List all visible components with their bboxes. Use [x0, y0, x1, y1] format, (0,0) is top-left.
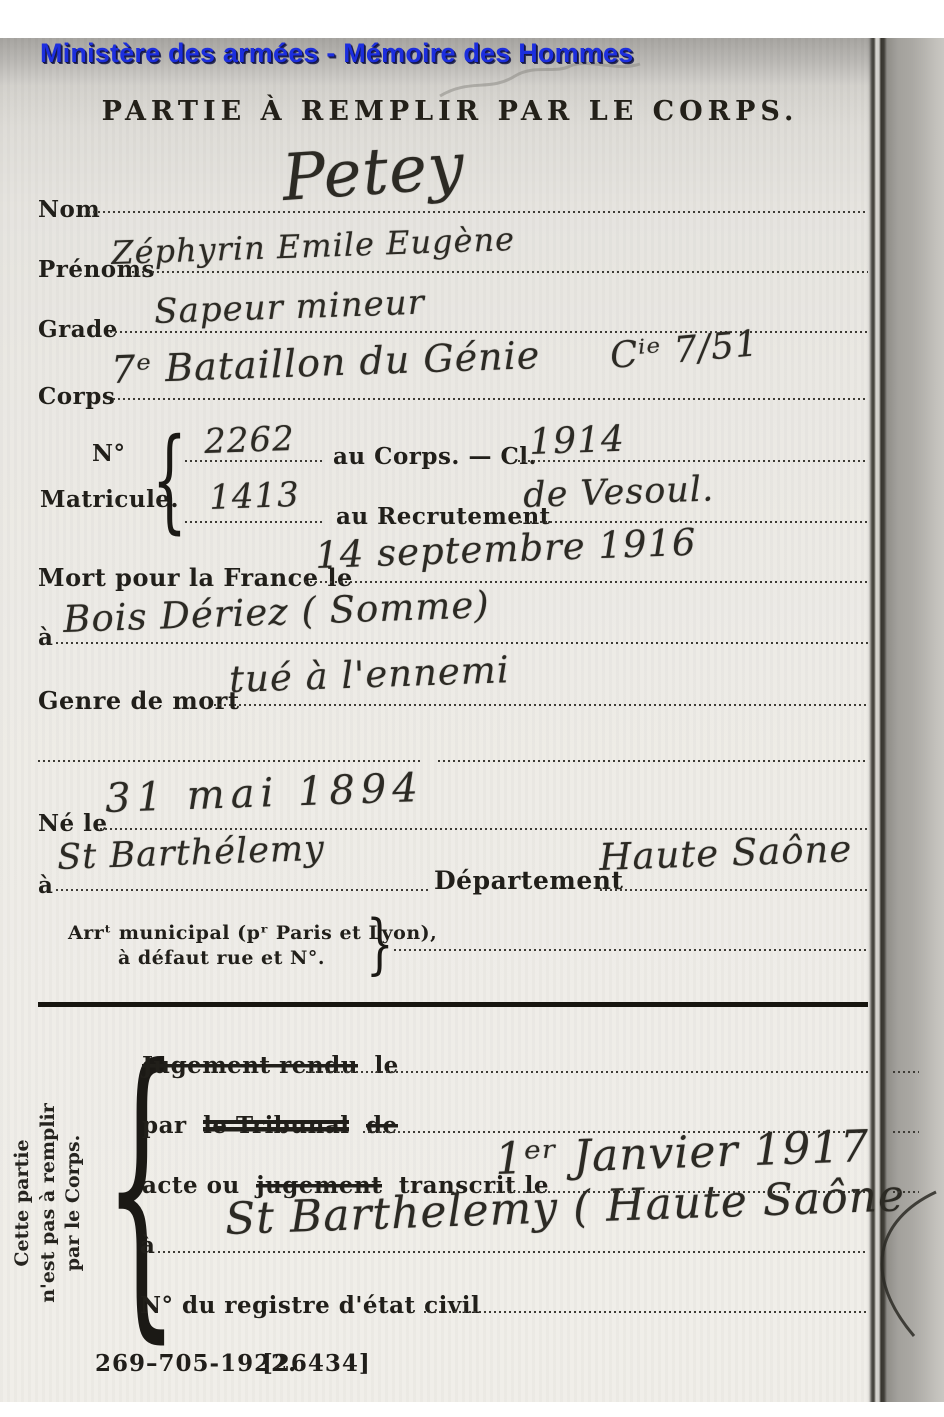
genre-mort-line [214, 703, 868, 706]
ne-lieu-label: à [38, 872, 53, 899]
record-viewer-page: Ministère des armées - Mémoire des Homme… [0, 0, 944, 1417]
matricule-recrutement-line-short [185, 520, 325, 523]
prenoms-line [132, 270, 868, 273]
departement-label: Département [434, 866, 623, 895]
grade-label: Grade [38, 316, 118, 343]
nom-value: Petey [280, 129, 468, 216]
ne-le-line [100, 827, 868, 830]
jugement-line [306, 1070, 868, 1073]
registre-line [424, 1310, 868, 1313]
transcrit-lieu-line [158, 1250, 868, 1253]
ne-lieu-line [56, 888, 428, 891]
jugement-label: Jugement rendu le [142, 1052, 407, 1079]
blank-line-left [38, 759, 420, 762]
corps-line [108, 397, 868, 400]
mort-le-label: Mort pour la France le [38, 563, 353, 592]
jugement-label-post: le [374, 1052, 398, 1079]
arrondissement-brace: } [366, 912, 394, 977]
matricule-classe-value: 1914 [529, 419, 626, 463]
mort-le-line [305, 580, 868, 583]
matricule-label-no: N° [92, 440, 126, 467]
mort-lieu-label: à [38, 624, 53, 651]
arrondissement-label-2: à défaut rue et N°. [118, 947, 325, 969]
nom-line [88, 210, 868, 213]
matricule-corps-number: 2262 [204, 419, 296, 462]
matricule-brace: { [152, 424, 187, 536]
matricule-recrutement-number: 1413 [209, 475, 301, 518]
corps-label: Corps [38, 383, 115, 410]
side-note-line-2: n'est pas à remplir [36, 1053, 62, 1353]
tribunal-label: par le Tribunal de [142, 1112, 406, 1139]
tribunal-label-post: de [366, 1112, 398, 1139]
tribunal-label-pre: par [142, 1112, 187, 1139]
genre-mort-label: Genre de mort [38, 686, 240, 715]
edge-dots-fragment [893, 1070, 919, 1073]
mort-lieu-line [56, 641, 868, 644]
tribunal-label-struck: le Tribunal [203, 1112, 349, 1139]
edge-dots-fragment [893, 1130, 919, 1133]
matricule-recrutement-value: de Vesoul. [523, 469, 715, 516]
viewer-title: Ministère des armées - Mémoire des Homme… [40, 38, 633, 69]
matricule-au-corps-label: au Corps. — Cl. [333, 443, 537, 470]
handwritten-paren-stroke [848, 1190, 944, 1340]
side-note: Cette partie n'est pas à remplir par le … [10, 1053, 106, 1353]
blank-line-right [438, 759, 868, 762]
edge-dots-fragment [893, 1190, 919, 1193]
side-note-line-1: Cette partie [10, 1053, 36, 1353]
departement-value: Haute Saône [598, 827, 852, 879]
form-title: PARTIE À REMPLIR PAR LE CORPS. [0, 96, 900, 127]
arrondissement-line [394, 948, 868, 951]
ne-le-label: Né le [38, 810, 108, 837]
jugement-label-struck: Jugement rendu [142, 1052, 358, 1079]
side-note-line-3: par le Corps. [61, 1053, 87, 1353]
departement-line [600, 888, 868, 891]
footer-lot-number: [26434] [262, 1350, 371, 1377]
registre-label: N° du registre d'état civil [140, 1292, 480, 1319]
transcrit-lieu-label: à [140, 1232, 155, 1259]
